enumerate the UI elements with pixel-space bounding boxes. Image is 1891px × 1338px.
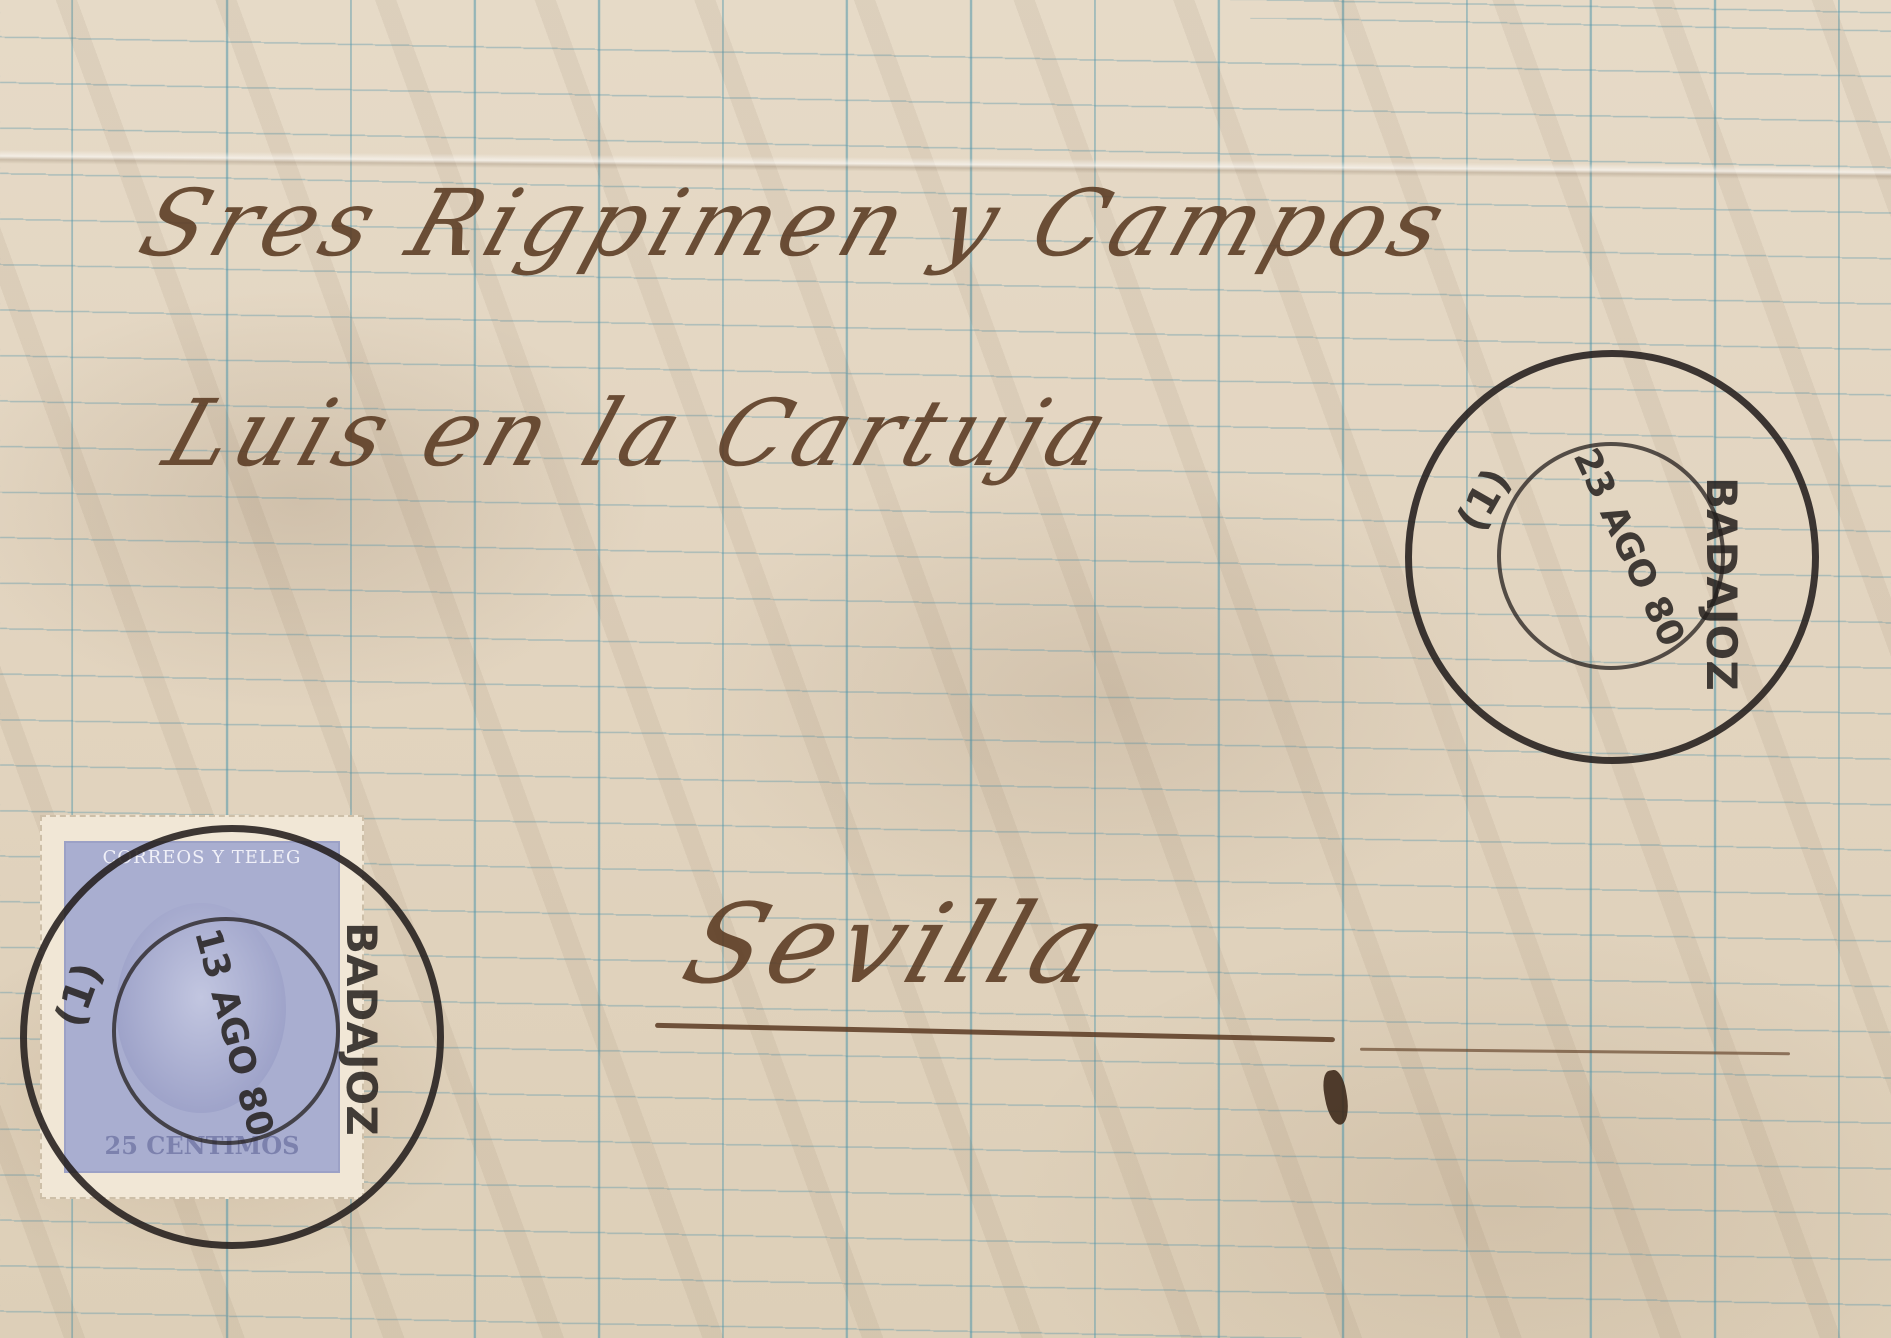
- postmark-town: BADAJOZ: [1697, 477, 1746, 691]
- postmark-number: (1): [47, 957, 112, 1033]
- address-line-2: Luis en la Cartuja: [153, 380, 1127, 487]
- address-line-1: Sres Rigpimen y Campos: [128, 170, 1464, 277]
- postal-cover: Sres Rigpimen y Campos Luis en la Cartuj…: [0, 0, 1891, 1338]
- postmark-town: BADAJOZ: [337, 922, 386, 1136]
- address-city: Sevilla: [669, 880, 1126, 1008]
- postmark-left: BADAJOZ (1) 13 AGO 80: [20, 825, 444, 1249]
- postmark-right: BADAJOZ (1) 23 AGO 80: [1405, 350, 1819, 764]
